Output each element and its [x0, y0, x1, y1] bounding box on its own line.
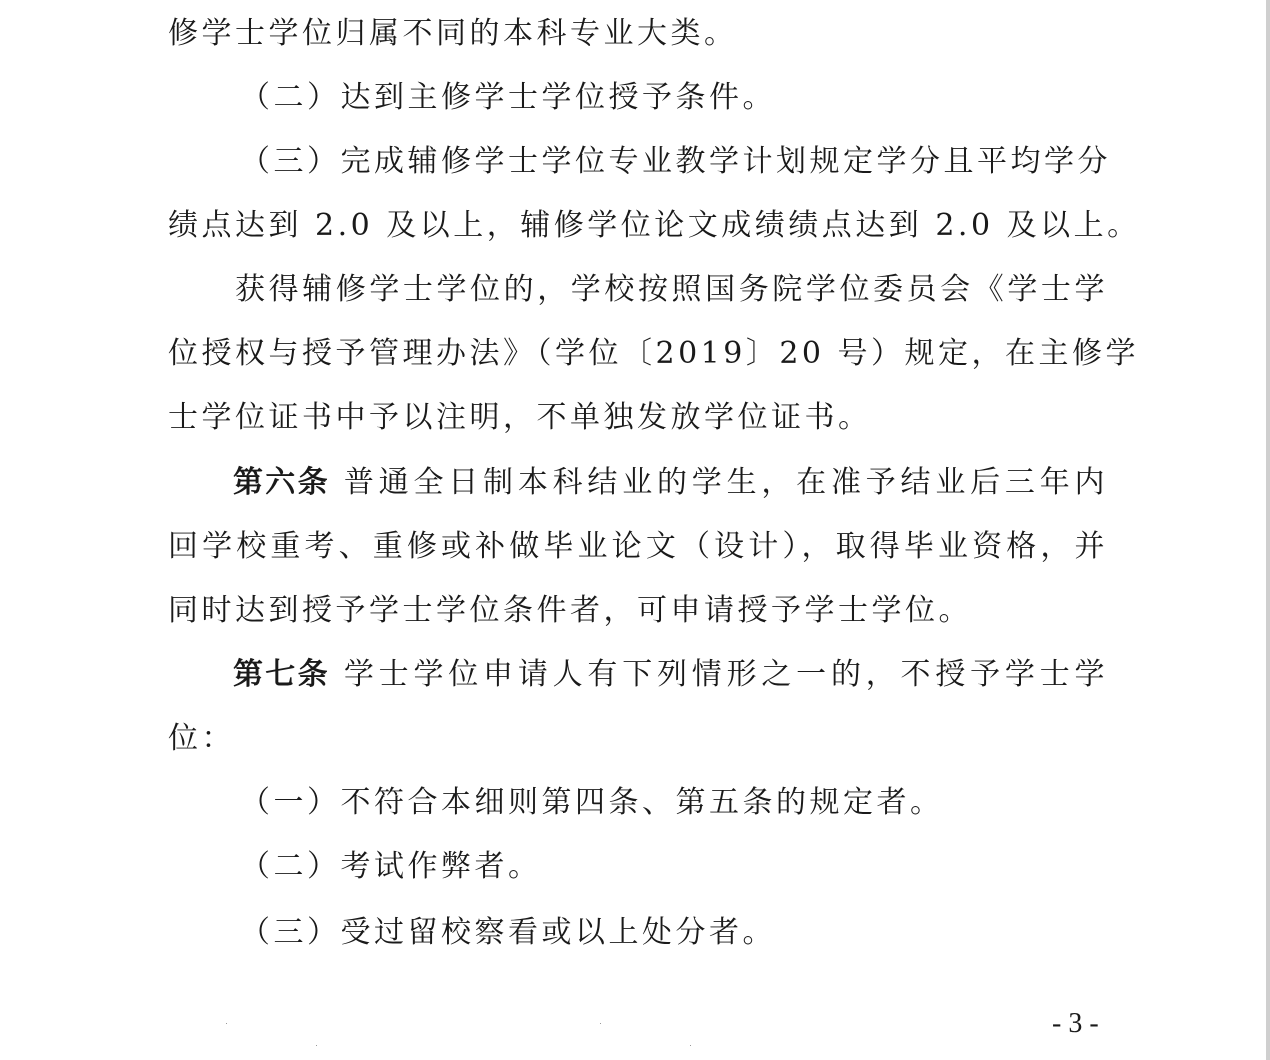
line-text: （二）达到主修学士学位授予条件。 [240, 80, 776, 115]
paragraph-line: 位： [168, 719, 1108, 759]
list-item: （二）考试作弊者。 [240, 847, 1180, 887]
document-page: 修学士学位归属不同的本科专业大类。 （二）达到主修学士学位授予条件。 （三）完成… [0, 0, 1266, 1060]
article-7-line: 第七条学士学位申请人有下列情形之一的，不授予学士学 [233, 655, 1108, 695]
line-text: 位： [168, 721, 235, 756]
line-text: （二）考试作弊者。 [240, 849, 542, 884]
line-text: （三）受过留校察看或以上处分者。 [240, 915, 776, 950]
page-edge-scrollbar [1266, 0, 1270, 1060]
scan-speck [690, 1045, 691, 1046]
line-text: 同时达到授予学士学位条件者，可申请授予学士学位。 [168, 593, 972, 628]
line-text: （一）不符合本细则第四条、第五条的规定者。 [240, 785, 944, 820]
condition-item-2: （二）达到主修学士学位授予条件。 [240, 78, 1180, 118]
paragraph-line: 回学校重考、重修或补做毕业论文（设计），取得毕业资格，并 [168, 527, 1108, 567]
scan-speck [316, 1045, 317, 1046]
line-text: 绩点达到 2.0 及以上，辅修学位论文成绩绩点达到 2.0 及以上。 [168, 208, 1141, 243]
line-text: 学士学位申请人有下列情形之一的，不授予学士学 [344, 657, 1108, 692]
line-text: 士学位证书中予以注明，不单独发放学位证书。 [168, 400, 872, 435]
condition-item-3: （三）完成辅修学士学位专业教学计划规定学分且平均学分 [240, 142, 1108, 182]
scan-speck [226, 1023, 227, 1024]
paragraph-line: 士学位证书中予以注明，不单独发放学位证书。 [168, 398, 1108, 438]
article-6-line: 第六条普通全日制本科结业的学生，在准予结业后三年内 [233, 463, 1108, 503]
article-heading: 第六条 [233, 465, 330, 500]
line-text: （三）完成辅修学士学位专业教学计划规定学分且平均学分 [240, 144, 1111, 179]
paragraph-line: 修学士学位归属不同的本科专业大类。 [168, 14, 1108, 54]
paragraph-line: 获得辅修学士学位的，学校按照国务院学位委员会《学士学 [235, 270, 1108, 310]
line-text: 回学校重考、重修或补做毕业论文（设计），取得毕业资格，并 [168, 529, 1108, 564]
page-number: - 3 - [1052, 1008, 1099, 1040]
line-text: 普通全日制本科结业的学生，在准予结业后三年内 [344, 465, 1108, 500]
paragraph-line: 绩点达到 2.0 及以上，辅修学位论文成绩绩点达到 2.0 及以上。 [168, 206, 1108, 246]
line-text: 获得辅修学士学位的，学校按照国务院学位委员会《学士学 [235, 272, 1108, 307]
line-text: 修学士学位归属不同的本科专业大类。 [168, 16, 738, 51]
scan-speck [600, 1023, 601, 1024]
line-text: 位授权与授予管理办法》（学位〔2019〕20 号）规定，在主修学 [168, 336, 1139, 371]
article-heading: 第七条 [233, 657, 330, 692]
paragraph-line: 位授权与授予管理办法》（学位〔2019〕20 号）规定，在主修学 [168, 334, 1108, 374]
paragraph-line: 同时达到授予学士学位条件者，可申请授予学士学位。 [168, 591, 1108, 631]
list-item: （三）受过留校察看或以上处分者。 [240, 913, 1180, 953]
list-item: （一）不符合本细则第四条、第五条的规定者。 [240, 783, 1180, 823]
